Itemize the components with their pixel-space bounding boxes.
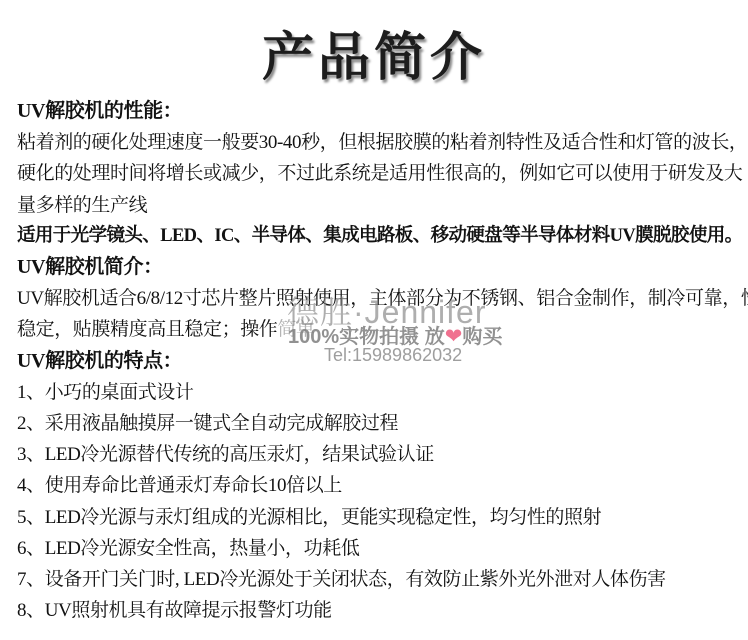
document-body: UV解胶机的性能： 粘着剂的硬化处理速度一般要30-40秒，但根据胶膜的粘着剂特… xyxy=(17,96,748,626)
feature-item-8: 8、UV照射机具有故障提示报警灯功能 xyxy=(17,595,748,626)
feature-item-6: 6、LED冷光源安全性高，热量小，功耗低 xyxy=(17,533,748,564)
feature-item-3: 3、LED冷光源替代传统的高压汞灯，结果试验认证 xyxy=(17,439,748,470)
product-intro-page: 产品简介 UV解胶机的性能： 粘着剂的硬化处理速度一般要30-40秒，但根据胶膜… xyxy=(0,0,748,640)
section-heading-intro: UV解胶机简介： xyxy=(17,252,748,283)
intro-line-2: 稳定，贴膜精度高且稳定；操作简单 xyxy=(17,314,748,345)
feature-item-4: 4、使用寿命比普通汞灯寿命长10倍以上 xyxy=(17,470,748,501)
feature-item-2: 2、采用液晶触摸屏一键式全自动完成解胶过程 xyxy=(17,408,748,439)
intro-line-2-faded: 简单 xyxy=(277,319,314,340)
performance-line-1: 粘着剂的硬化处理速度一般要30-40秒，但根据胶膜的粘着剂特性及适合性和灯管的波… xyxy=(17,127,748,158)
section-heading-features: UV解胶机的特点： xyxy=(17,346,748,377)
intro-line-1: UV解胶机适合6/8/12寸芯片整片照射使用，主体部分为不锈钢、铝合金制作，制冷… xyxy=(17,283,748,314)
page-title: 产品简介 xyxy=(0,26,748,92)
feature-item-1: 1、小巧的桌面式设计 xyxy=(17,377,748,408)
feature-item-7: 7、设备开门关门时, LED冷光源处于关闭状态，有效防止紫外光外泄对人体伤害 xyxy=(17,564,748,595)
applicable-statement: 适用于光学镜头、LED、IC、半导体、集成电路板、移动硬盘等半导体材料UV膜脱胶… xyxy=(17,221,748,252)
performance-line-3: 量多样的生产线 xyxy=(17,190,748,221)
intro-line-2-main: 稳定，贴膜精度高且稳定；操作 xyxy=(17,319,277,340)
performance-line-2: 硬化的处理时间将增长或减少，不过此系统是适用性很高的，例如它可以使用于研发及大 xyxy=(17,158,748,189)
section-heading-performance: UV解胶机的性能： xyxy=(17,96,748,127)
feature-item-5: 5、LED冷光源与汞灯组成的光源相比，更能实现稳定性，均匀性的照射 xyxy=(17,502,748,533)
